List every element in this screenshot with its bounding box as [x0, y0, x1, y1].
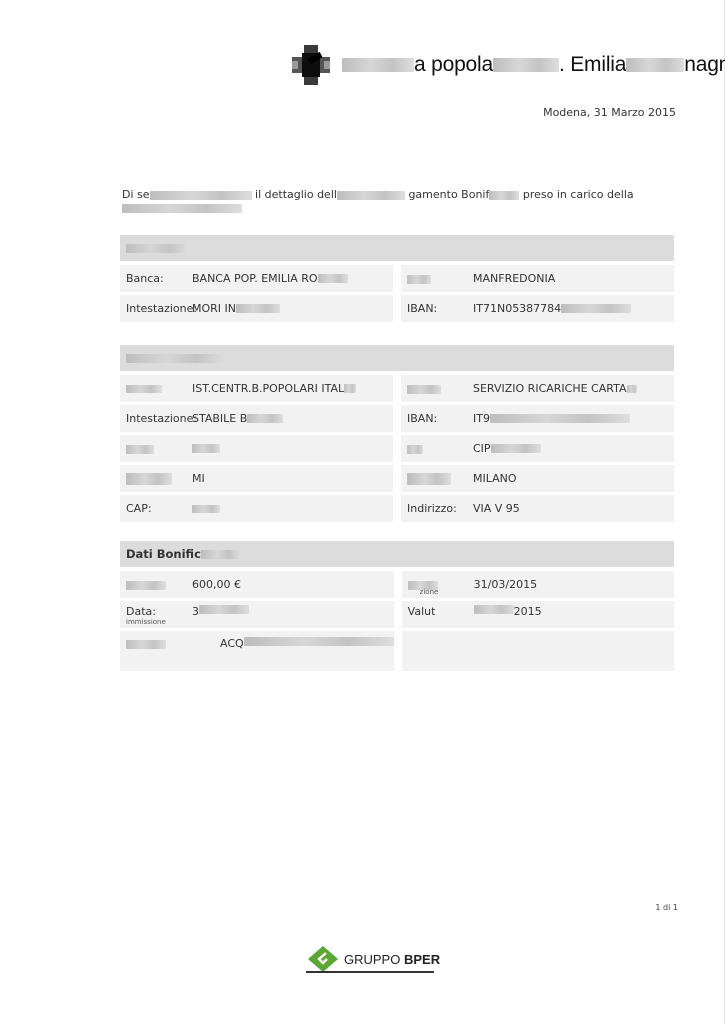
field-row: MILANO [401, 465, 674, 492]
field-row: ACQ [120, 631, 394, 671]
page-number: 1 di 1 [655, 903, 678, 912]
field-row: 600,00 € [120, 571, 394, 598]
place-date: Modena, 31 Marzo 2015 [543, 106, 676, 119]
field-row [402, 631, 674, 671]
field-row: MI [120, 465, 393, 492]
field-row: IBAN:IT9 [401, 405, 674, 432]
section-title: Dati Bonific [120, 541, 674, 567]
field-row: IBAN:IT71N05387784 [401, 295, 674, 322]
bper-diamond-icon [308, 946, 338, 972]
section-dati-bonifico: Dati Bonific 600,00 € Data:immissione3 A… [120, 541, 674, 674]
group-name: GRUPPO BPER [344, 952, 440, 967]
field-row: SERVIZIO RICARICHE CARTA [401, 375, 674, 402]
section-title [120, 235, 674, 261]
field-row: CAP: [120, 495, 393, 522]
field-row: Data:immissione3 [120, 601, 394, 628]
field-row: zione31/03/2015 [402, 571, 674, 598]
section-ordinante: Banca:BANCA POP. EMILIA RO Intestazione:… [120, 235, 674, 325]
field-row: IST.CENTR.B.POPOLARI ITAL [120, 375, 393, 402]
gruppo-bper-logo: GRUPPO BPER [306, 946, 434, 974]
field-row: Indirizzo:VIA V 95 [401, 495, 674, 522]
field-row: Banca:BANCA POP. EMILIA RO [120, 265, 393, 292]
field-row: Intestazione:STABILE B [120, 405, 393, 432]
bank-name: a popola. Emilianagna [342, 53, 725, 77]
intro-paragraph: Di se il dettaglio dell gamento Bonif pr… [122, 188, 674, 214]
section-title [120, 345, 674, 371]
field-row: CIP [401, 435, 674, 462]
bank-logo-icon [292, 45, 330, 85]
field-row: Valut2015 [402, 601, 674, 628]
field-row [120, 435, 393, 462]
field-row: MANFREDONIA [401, 265, 674, 292]
field-row: Intestazione:MORI IN [120, 295, 393, 322]
bank-logo: a popola. Emilianagna [292, 43, 672, 89]
section-beneficiario: IST.CENTR.B.POPOLARI ITAL Intestazione:S… [120, 345, 674, 525]
footer-underline [306, 971, 434, 973]
